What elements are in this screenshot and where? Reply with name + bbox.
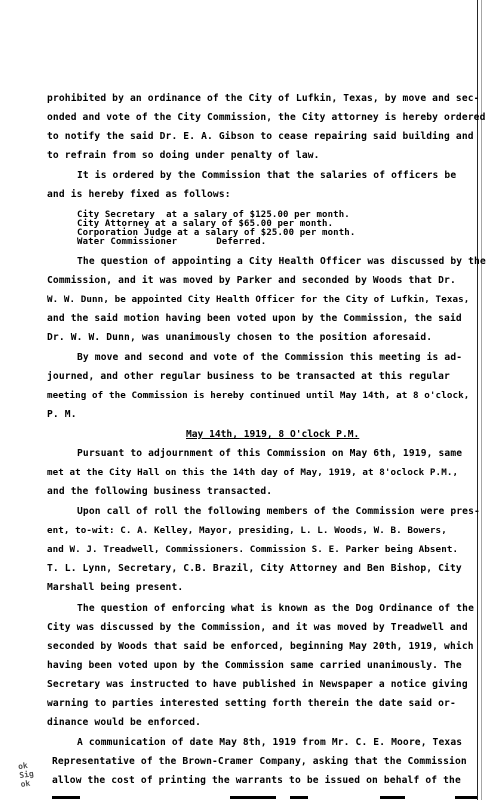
text-line: and the said motion having been voted up… bbox=[47, 313, 462, 325]
text-line: Marshall being present. bbox=[47, 582, 183, 594]
text-line: warning to parties interested setting fo… bbox=[47, 698, 456, 710]
text-line: dinance would be enforced. bbox=[47, 717, 201, 729]
bottom-mark bbox=[455, 796, 477, 799]
text-line: W. W. Dunn, be appointed City Health Off… bbox=[47, 294, 469, 306]
text-line: allow the cost of printing the warrants … bbox=[52, 775, 461, 787]
text-line: By move and second and vote of the Commi… bbox=[77, 352, 462, 364]
text-line: having been voted upon by the Commission… bbox=[47, 660, 462, 672]
text-line: and is hereby fixed as follows: bbox=[47, 189, 231, 201]
text-line: City was discussed by the Commission, an… bbox=[47, 622, 468, 634]
text-line: prohibited by an ordinance of the City o… bbox=[47, 93, 480, 105]
text-line: Secretary was instructed to have publish… bbox=[47, 679, 468, 691]
text-line: Dr. W. W. Dunn, was unanimously chosen t… bbox=[47, 332, 432, 344]
text-line: The question of appointing a City Health… bbox=[77, 256, 486, 268]
text-line: T. L. Lynn, Secretary, C.B. Brazil, City… bbox=[47, 563, 462, 575]
text-line: Commission, and it was moved by Parker a… bbox=[47, 275, 456, 287]
bottom-mark bbox=[290, 796, 308, 799]
bottom-mark bbox=[230, 796, 276, 799]
text-line: met at the City Hall on this the 14th da… bbox=[47, 467, 458, 479]
text-line: ent, to-wit: C. A. Kelley, Mayor, presid… bbox=[47, 525, 447, 537]
text-line: meeting of the Commission is hereby cont… bbox=[47, 390, 469, 402]
salary-line: Water Commissioner Deferred. bbox=[77, 237, 266, 247]
text-line: and the following business transacted. bbox=[47, 486, 272, 498]
text-line: seconded by Woods that said be enforced,… bbox=[47, 641, 474, 653]
text-line: to notify the said Dr. E. A. Gibson to c… bbox=[47, 131, 474, 143]
text-line: to refrain from so doing under penalty o… bbox=[47, 150, 320, 162]
bottom-mark bbox=[52, 796, 80, 799]
text-line: The question of enforcing what is known … bbox=[77, 603, 474, 615]
margin-stamp: ok Sig ok bbox=[18, 758, 53, 800]
text-line: Upon call of roll the following members … bbox=[77, 506, 480, 518]
text-line: P. M. bbox=[47, 409, 77, 421]
text-line: journed, and other regular business to b… bbox=[47, 371, 450, 383]
text-line: and W. J. Treadwell, Commissioners. Comm… bbox=[47, 544, 458, 556]
text-line: Representative of the Brown-Cramer Compa… bbox=[52, 756, 467, 768]
text-line: A communication of date May 8th, 1919 fr… bbox=[77, 737, 462, 749]
bottom-mark bbox=[380, 796, 405, 799]
text-line: onded and vote of the City Commission, t… bbox=[47, 112, 486, 124]
document-page: prohibited by an ordinance of the City o… bbox=[0, 0, 488, 800]
text-line: Pursuant to adjournment of this Commissi… bbox=[77, 448, 462, 460]
text-line: It is ordered by the Commission that the… bbox=[77, 170, 456, 182]
session-heading: May 14th, 1919, 8 O'clock P.M. bbox=[186, 429, 359, 440]
